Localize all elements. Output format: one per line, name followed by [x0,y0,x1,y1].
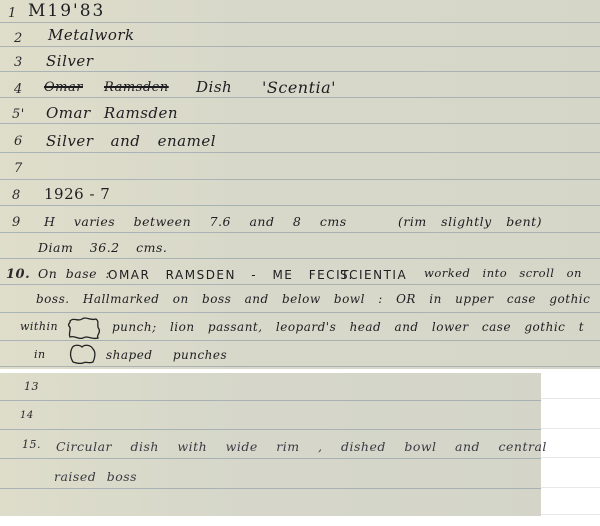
line-number: 13 [24,380,39,393]
ruled-line [0,46,600,47]
line-number: 3 [14,55,23,70]
line-number: 7 [14,161,23,176]
struck-word: Omar [44,80,83,95]
ruled-line [0,205,600,206]
struck-word: Ramsden [104,80,169,95]
hallmark-text: in [34,348,46,361]
category-text: Silver [46,52,93,70]
ruled-line [0,123,600,124]
lobed-punch-mark-icon [66,316,102,340]
inscription-description: worked into scroll on [424,266,582,280]
line-number: 10. [6,267,30,282]
department-text: Metalwork [48,26,135,44]
line-number: 1 [8,6,17,21]
condition-note: (rim slightly bent) [398,214,542,229]
height-text: H varies between 7.6 and 8 cms [44,214,347,229]
line-number: 2 [14,31,23,46]
ruled-line [541,428,600,429]
ruled-line [0,429,541,430]
ruled-line [0,366,600,367]
ruled-line [0,488,541,489]
line-number: 4 [14,82,23,97]
hallmark-text: within [20,320,58,333]
line-number: 5' [12,107,25,122]
ruled-line [0,71,600,72]
ruled-line [541,514,600,515]
ruled-line [0,400,541,401]
ruled-line [0,22,600,23]
ruled-line [0,179,600,180]
catalogue-card-bottom: 13 14 15. Circular dish with wide rim , … [0,373,541,516]
line-number: 8 [12,188,21,203]
ruled-line [0,458,541,459]
hallmark-text: shaped punches [106,348,227,362]
inscription-label: On base : [38,266,110,281]
description-text: raised boss [54,469,137,484]
line-number: 15. [22,438,41,451]
ruled-line [0,258,600,259]
line-number: 6 [14,134,23,149]
hallmark-text: punch; lion passant, leopard's head and … [112,320,584,334]
ruled-line [0,152,600,153]
ruled-line [541,457,600,458]
ruled-line [0,284,600,285]
object-title: 'Scentia' [262,78,336,97]
rounded-punch-mark-icon [68,342,98,366]
registration-number: M19'83 [28,1,105,21]
ruled-line [0,312,600,313]
catalogue-card-top: 1 M19'83 2 Metalwork 3 Silver 4 Omar Ram… [0,0,600,369]
ruled-line [0,97,600,98]
hallmark-text: boss. Hallmarked on boss and below bowl … [36,292,590,306]
inscription-text: OMAR RAMSDEN - ME FECIT. [108,268,354,282]
ruled-line [0,340,600,341]
diameter-text: Diam 36.2 cms. [38,240,167,255]
description-text: Circular dish with wide rim , dished bow… [56,439,547,454]
date-text: 1926 - 7 [44,185,110,203]
material-text: Silver and enamel [46,132,216,150]
line-number: 14 [20,410,34,421]
ruled-line [0,232,600,233]
object-name: Dish [196,78,232,96]
line-number: 9 [12,215,21,230]
maker-text: Omar Ramsden [46,104,178,122]
ruled-line [541,487,600,488]
ruled-line [541,398,600,399]
inscription-word: SCIENTIA [340,268,407,282]
